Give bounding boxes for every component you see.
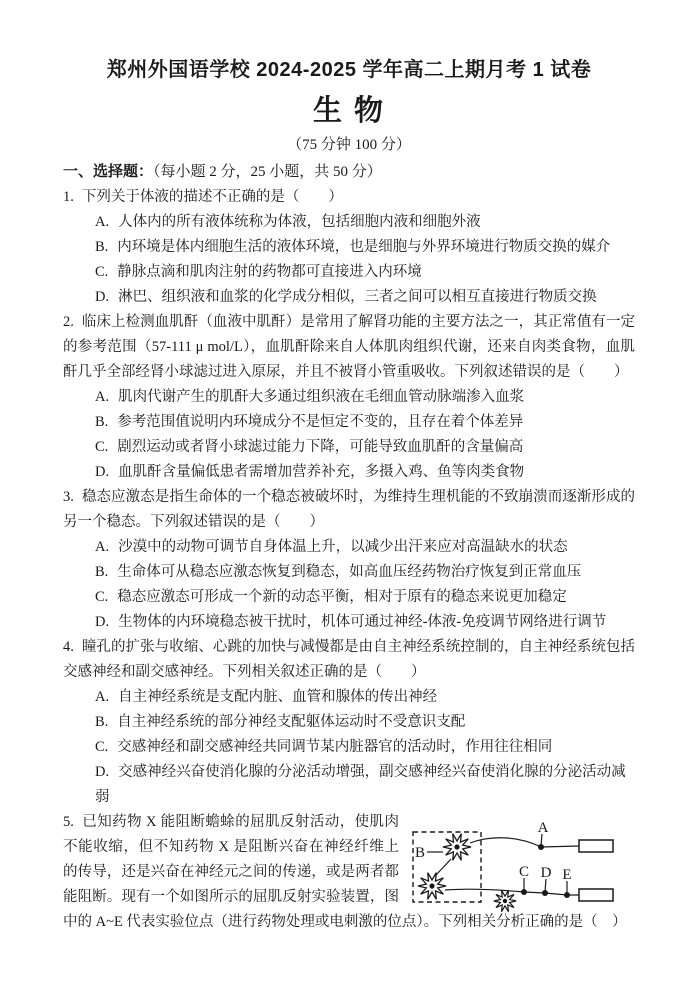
question-1: 1.下列关于体液的描述不正确的是（ ） A.人体内的所有液体统称为体液，包括细胞…: [63, 185, 635, 310]
exam-paper-page: 郑州外国语学校 2024-2025 学年高二上期月考 1 试卷 生 物 （75 …: [0, 0, 696, 983]
option-d: D.生物体的内环境稳态被干扰时，机体可通过神经-体液-免疫调节网络进行调节: [95, 610, 635, 635]
figure-label-a: A: [538, 820, 549, 836]
question-4: 4.瞳孔的扩张与收缩、心跳的加快与减慢都是由自主神经系统控制的，自主神经系统包括…: [63, 635, 635, 810]
option-label: B.: [95, 239, 108, 255]
option-label: A.: [95, 389, 109, 405]
option-text: 静脉点滴和肌肉注射的药物都可直接进入内环境: [117, 264, 422, 280]
question-2: 2.临床上检测血肌酐（血液中肌酐）是常用了解肾功能的主要方法之一，其正常值有一定…: [63, 310, 635, 485]
option-c: C.稳态应激态可形成一个新的动态平衡，相对于原有的稳态来说更加稳定: [95, 585, 635, 610]
option-c: C.交感神经和副交感神经共同调节某内脏器官的活动时，作用往往相同: [95, 735, 635, 760]
option-text: 自主神经系统是支配内脏、血管和腺体的传出神经: [118, 689, 437, 705]
option-c: C.剧烈运动或者肾小球滤过能力下降，可能导致血肌酐的含量偏高: [95, 435, 635, 460]
option-text: 稳态应激态可形成一个新的动态平衡，相对于原有的稳态来说更加稳定: [117, 589, 567, 605]
figure-label-c: C: [519, 864, 529, 880]
option-text: 生命体可从稳态应激态恢复到稳态，如高血压经药物治疗恢复到正常血压: [117, 564, 581, 580]
question-3: 3.稳态应激态是指生命体的一个稳态被破坏时，为维持生理机能的不致崩溃而逐渐形成的…: [63, 485, 635, 635]
option-c: C.静脉点滴和肌肉注射的药物都可直接进入内环境: [95, 260, 635, 285]
question-2-stem: 2.临床上检测血肌酐（血液中肌酐）是常用了解肾功能的主要方法之一，其正常值有一定…: [63, 310, 635, 385]
option-text: 生物体的内环境稳态被干扰时，机体可通过神经-体液-免疫调节网络进行调节: [118, 614, 606, 630]
option-label: D.: [95, 464, 109, 480]
figure-label-d: D: [541, 865, 552, 881]
question-1-stem: 1.下列关于体液的描述不正确的是（ ）: [63, 185, 635, 210]
question-number: 1.: [63, 189, 74, 205]
question-number: 5.: [63, 814, 74, 830]
question-stem-text: 临床上检测血肌酐（血液中肌酐）是常用了解肾功能的主要方法之一，其正常值有一定的参…: [63, 314, 635, 380]
option-text: 人体内的所有液体统称为体液，包括细胞内液和细胞外液: [118, 214, 481, 230]
synapse-nucleus: [503, 899, 507, 903]
interneuron-connector: [435, 859, 451, 876]
option-b: B.内环境是体内细胞生活的液体环境，也是细胞与外界环境进行物质交换的媒介: [95, 235, 635, 260]
upper-nerve-path: [470, 838, 579, 847]
option-text: 淋巴、组织液和血浆的化学成分相似，三者之间可以相互直接进行物质交换: [118, 289, 597, 305]
reflex-arc-svg: A B C D E: [407, 808, 615, 912]
option-text: 剧烈运动或者肾小球滤过能力下降，可能导致血肌酐的含量偏高: [117, 439, 523, 455]
question-4-stem: 4.瞳孔的扩张与收缩、心跳的加快与减慢都是由自主神经系统控制的，自主神经系统包括…: [63, 635, 635, 685]
option-label: D.: [95, 614, 109, 630]
option-label: A.: [95, 214, 109, 230]
section-note: （每小题 2 分，25 小题，共 50 分）: [153, 164, 382, 180]
figure-label-b: B: [415, 845, 425, 861]
option-text: 肌肉代谢产生的肌酐大多通过组织液在毛细血管动脉端渗入血浆: [118, 389, 524, 405]
reflex-arc-figure: A B C D E: [407, 808, 615, 908]
option-text: 交感神经和副交感神经共同调节某内脏器官的活动时，作用往往相同: [117, 739, 552, 755]
option-b: B.生命体可从稳态应激态恢复到稳态，如高血压经药物治疗恢复到正常血压: [95, 560, 635, 585]
option-a: A.自主神经系统是支配内脏、血管和腺体的传出神经: [95, 685, 635, 710]
question-number: 2.: [63, 314, 74, 330]
option-label: C.: [95, 589, 108, 605]
question-3-options: A.沙漠中的动物可调节自身体温上升，以减少出汗来应对高温缺水的状态 B.生命体可…: [63, 535, 635, 635]
option-label: B.: [95, 714, 108, 730]
question-5: A B C D E 5.已知药物 X 能阻断蟾蜍的屈肌反射活动，使肌肉不能收缩，…: [63, 810, 635, 935]
neuron-upper-nucleus: [454, 844, 459, 849]
option-label: C.: [95, 264, 108, 280]
question-number: 4.: [63, 639, 74, 655]
question-stem-text: 稳态应激态是指生命体的一个稳态被破坏时，为维持生理机能的不致崩溃而逐渐形成的另一…: [63, 489, 635, 530]
option-d: D.交感神经兴奋使消化腺的分泌活动增强，副交感神经兴奋使消化腺的分泌活动减弱: [95, 760, 635, 810]
question-3-stem: 3.稳态应激态是指生命体的一个稳态被破坏时，为维持生理机能的不致崩溃而逐渐形成的…: [63, 485, 635, 535]
option-label: D.: [95, 289, 109, 305]
exam-meta: （75 分钟 100 分）: [63, 134, 635, 156]
option-label: B.: [95, 414, 108, 430]
option-label: A.: [95, 689, 109, 705]
figure-label-e: E: [562, 867, 571, 883]
question-stem-text: 下列关于体液的描述不正确的是（ ）: [82, 189, 343, 205]
option-d: D.血肌酐含量偏低患者需增加营养补充，多摄入鸡、鱼等肉类食物: [95, 460, 635, 485]
section-title: 一、选择题：: [63, 163, 153, 180]
option-label: D.: [95, 764, 109, 780]
neuron-lower-nucleus: [429, 883, 434, 888]
section-heading: 一、选择题：（每小题 2 分，25 小题，共 50 分）: [63, 159, 635, 185]
question-1-options: A.人体内的所有液体统称为体液，包括细胞内液和细胞外液 B.内环境是体内细胞生活…: [63, 210, 635, 310]
option-a: A.人体内的所有液体统称为体液，包括细胞内液和细胞外液: [95, 210, 635, 235]
option-text: 内环境是体内细胞生活的液体环境，也是细胞与外界环境进行物质交换的媒介: [117, 239, 610, 255]
page-content: 郑州外国语学校 2024-2025 学年高二上期月考 1 试卷 生 物 （75 …: [63, 57, 635, 935]
lower-nerve-path: [445, 889, 579, 895]
question-2-options: A.肌肉代谢产生的肌酐大多通过组织液在毛细血管动脉端渗入血浆 B.参考范围值说明…: [63, 385, 635, 485]
muscle-box-lower: [579, 889, 613, 901]
question-stem-text: 瞳孔的扩张与收缩、心跳的加快与减慢都是由自主神经系统控制的，自主神经系统包括交感…: [63, 639, 635, 680]
option-label: B.: [95, 564, 108, 580]
option-b: B.参考范围值说明内环境成分不是恒定不变的，且存在着个体差异: [95, 410, 635, 435]
subject-title: 生 物: [63, 92, 635, 130]
option-a: A.沙漠中的动物可调节自身体温上升，以减少出汗来应对高温缺水的状态: [95, 535, 635, 560]
option-text: 血肌酐含量偏低患者需增加营养补充，多摄入鸡、鱼等肉类食物: [118, 464, 524, 480]
option-a: A.肌肉代谢产生的肌酐大多通过组织液在毛细血管动脉端渗入血浆: [95, 385, 635, 410]
option-label: C.: [95, 739, 108, 755]
option-label: A.: [95, 539, 109, 555]
muscle-box-upper: [579, 840, 613, 852]
page-title: 郑州外国语学校 2024-2025 学年高二上期月考 1 试卷: [63, 57, 635, 84]
question-4-options: A.自主神经系统是支配内脏、血管和腺体的传出神经 B.自主神经系统的部分神经支配…: [63, 685, 635, 810]
option-d: D.淋巴、组织液和血浆的化学成分相似，三者之间可以相互直接进行物质交换: [95, 285, 635, 310]
option-text: 参考范围值说明内环境成分不是恒定不变的，且存在着个体差异: [117, 414, 523, 430]
option-text: 自主神经系统的部分神经支配躯体运动时不受意识支配: [117, 714, 465, 730]
option-text: 沙漠中的动物可调节自身体温上升，以减少出汗来应对高温缺水的状态: [118, 539, 568, 555]
option-b: B.自主神经系统的部分神经支配躯体运动时不受意识支配: [95, 710, 635, 735]
option-text: 交感神经兴奋使消化腺的分泌活动增强，副交感神经兴奋使消化腺的分泌活动减弱: [95, 764, 626, 805]
option-label: C.: [95, 439, 108, 455]
question-number: 3.: [63, 489, 74, 505]
